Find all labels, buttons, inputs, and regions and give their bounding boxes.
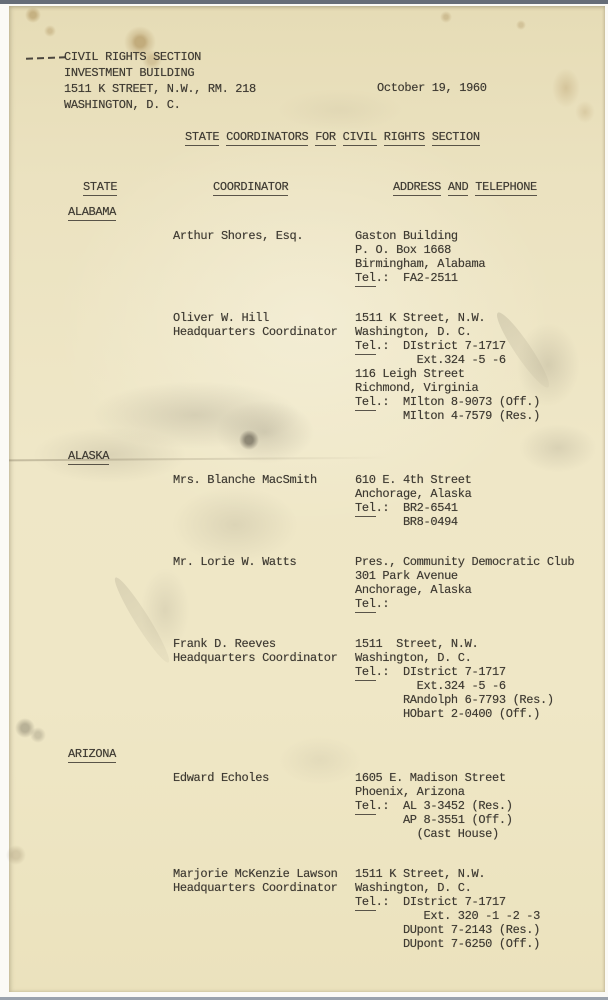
entry-row: Marjorie McKenzie LawsonHeadquarters Coo… — [65, 867, 608, 951]
coordinator-name: Edward Echoles — [173, 771, 355, 785]
state-section: ALABAMAArthur Shores, Esq.Gaston Buildin… — [65, 205, 608, 423]
coordinator-cell: Oliver W. HillHeadquarters Coordinator — [173, 311, 355, 423]
state-section: ALASKAMrs. Blanche MacSmith610 E. 4th St… — [65, 449, 608, 721]
entry-row: Oliver W. HillHeadquarters Coordinator15… — [65, 311, 608, 423]
address-line: 1511 K Street, N.W. — [355, 311, 608, 325]
column-header-state: STATE — [83, 180, 117, 194]
address-cell: Pres., Community Democratic Club301 Park… — [355, 555, 608, 611]
address-cell: 1511 K Street, N.W.Washington, D. C.Tel.… — [355, 311, 608, 423]
address-line: Ext.324 -5 -6 — [355, 353, 608, 367]
address-line: Tel.: DIstrict 7-1717 — [355, 895, 608, 909]
address-line: Tel.: FA2-2511 — [355, 271, 608, 285]
letterhead-line: 1511 K STREET, N.W., RM. 218 — [64, 81, 256, 97]
state-heading: ALASKA — [68, 449, 608, 463]
address-line: 301 Park Avenue — [355, 569, 608, 583]
coordinator-role: Headquarters Coordinator — [173, 325, 355, 339]
coordinator-cell: Arthur Shores, Esq. — [173, 229, 355, 285]
address-line: Washington, D. C. — [355, 325, 608, 339]
letterhead-line: WASHINGTON, D. C. — [64, 97, 256, 113]
coordinator-cell: Mrs. Blanche MacSmith — [173, 473, 355, 529]
sections: ALABAMAArthur Shores, Esq.Gaston Buildin… — [65, 205, 608, 977]
address-line: Ext. 320 -1 -2 -3 — [355, 909, 608, 923]
address-line: P. O. Box 1668 — [355, 243, 608, 257]
address-line: DUpont 7-2143 (Res.) — [355, 923, 608, 937]
coordinator-cell: Edward Echoles — [173, 771, 355, 841]
address-cell: 1605 E. Madison StreetPhoenix, ArizonaTe… — [355, 771, 608, 841]
address-line: Tel.: — [355, 597, 608, 611]
document-title: STATE COORDINATORS FOR CIVIL RIGHTS SECT… — [185, 130, 480, 144]
address-line: Anchorage, Alaska — [355, 583, 608, 597]
address-line: Tel.: DIstrict 7-1717 — [355, 665, 608, 679]
address-line: Phoenix, Arizona — [355, 785, 608, 799]
address-line: Pres., Community Democratic Club — [355, 555, 608, 569]
address-line: 116 Leigh Street — [355, 367, 608, 381]
column-header-coordinator: COORDINATOR — [213, 180, 288, 194]
coordinator-cell: Marjorie McKenzie LawsonHeadquarters Coo… — [173, 867, 355, 951]
letterhead-line: INVESTMENT BUILDING — [64, 65, 256, 81]
address-line: 1511 K Street, N.W. — [355, 867, 608, 881]
scan-edge-top — [0, 0, 608, 4]
state-heading: ARIZONA — [68, 747, 608, 761]
address-line: Anchorage, Alaska — [355, 487, 608, 501]
address-line: Ext.324 -5 -6 — [355, 679, 608, 693]
document-date: October 19, 1960 — [377, 81, 487, 95]
coordinator-name: Marjorie McKenzie Lawson — [173, 867, 355, 881]
address-line: Tel.: MIlton 8-9073 (Off.) — [355, 395, 608, 409]
address-line: Birmingham, Alabama — [355, 257, 608, 271]
address-line: Tel.: BR2-6541 — [355, 501, 608, 515]
address-cell: 1511 K Street, N.W.Washington, D. C.Tel.… — [355, 867, 608, 951]
letterhead: CIVIL RIGHTS SECTION INVESTMENT BUILDING… — [64, 49, 256, 113]
address-line: Tel.: AL 3-3452 (Res.) — [355, 799, 608, 813]
state-heading: ALABAMA — [68, 205, 608, 219]
address-line: Tel.: DIstrict 7-1717 — [355, 339, 608, 353]
document-scan: CIVIL RIGHTS SECTION INVESTMENT BUILDING… — [0, 0, 608, 1000]
address-cell: 610 E. 4th StreetAnchorage, AlaskaTel.: … — [355, 473, 608, 529]
address-line: Richmond, Virginia — [355, 381, 608, 395]
address-line: DUpont 7-6250 (Off.) — [355, 937, 608, 951]
address-line: Gaston Building — [355, 229, 608, 243]
letterhead-line: CIVIL RIGHTS SECTION — [64, 49, 256, 65]
tel-label: Tel — [355, 597, 376, 613]
address-line: HObart 2-0400 (Off.) — [355, 707, 608, 721]
coordinator-name: Mr. Lorie W. Watts — [173, 555, 355, 569]
coordinator-name: Oliver W. Hill — [173, 311, 355, 325]
coordinator-cell: Frank D. ReevesHeadquarters Coordinator — [173, 637, 355, 721]
entry-row: Frank D. ReevesHeadquarters Coordinator1… — [65, 637, 608, 721]
coordinator-name: Frank D. Reeves — [173, 637, 355, 651]
coordinator-cell: Mr. Lorie W. Watts — [173, 555, 355, 611]
state-section: ARIZONAEdward Echoles1605 E. Madison Str… — [65, 747, 608, 951]
address-line: Washington, D. C. — [355, 651, 608, 665]
address-cell: Gaston BuildingP. O. Box 1668Birmingham,… — [355, 229, 608, 285]
entry-row: Mr. Lorie W. WattsPres., Community Democ… — [65, 555, 608, 611]
coordinator-role: Headquarters Coordinator — [173, 651, 355, 665]
address-line: Washington, D. C. — [355, 881, 608, 895]
tel-label: Tel — [355, 271, 376, 287]
address-line: BR8-0494 — [355, 515, 608, 529]
address-line: 1511 Street, N.W. — [355, 637, 608, 651]
coordinator-role: Headquarters Coordinator — [173, 881, 355, 895]
address-line: 1605 E. Madison Street — [355, 771, 608, 785]
address-line: AP 8-3551 (Off.) — [355, 813, 608, 827]
coordinator-name: Mrs. Blanche MacSmith — [173, 473, 355, 487]
entry-row: Arthur Shores, Esq.Gaston BuildingP. O. … — [65, 229, 608, 285]
entry-row: Mrs. Blanche MacSmith610 E. 4th StreetAn… — [65, 473, 608, 529]
address-line: 610 E. 4th Street — [355, 473, 608, 487]
address-cell: 1511 Street, N.W.Washington, D. C.Tel.: … — [355, 637, 608, 721]
address-line: RAndolph 6-7793 (Res.) — [355, 693, 608, 707]
coordinator-name: Arthur Shores, Esq. — [173, 229, 355, 243]
address-line: (Cast House) — [355, 827, 608, 841]
column-header-address: ADDRESS AND TELEPHONE — [393, 180, 537, 194]
address-line: MIlton 4-7579 (Res.) — [355, 409, 608, 423]
entry-row: Edward Echoles1605 E. Madison StreetPhoe… — [65, 771, 608, 841]
